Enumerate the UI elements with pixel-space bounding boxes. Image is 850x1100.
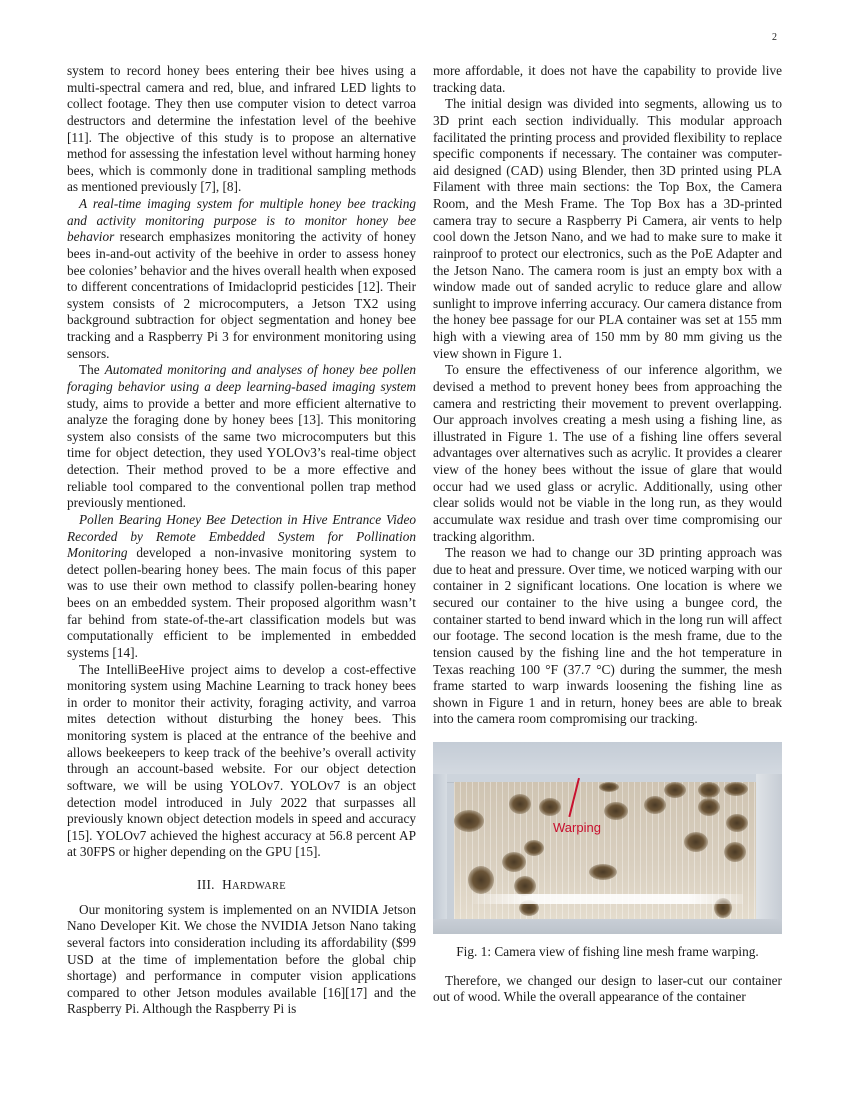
sunlight-glare [473, 894, 743, 904]
cited-work-title: Automated monitoring and analyses of hon… [67, 362, 416, 394]
figure-image: Warping [433, 742, 782, 934]
figure-1: Warping Fig. 1: Camera view of fishing l… [433, 742, 782, 961]
paragraph-lead: The [79, 362, 105, 377]
container-frame-top [433, 742, 782, 774]
bee [724, 782, 748, 796]
paragraph: system to record honey bees entering the… [67, 63, 416, 196]
bee [509, 794, 531, 814]
bee [604, 802, 628, 820]
bee [724, 842, 746, 862]
bee [664, 782, 686, 798]
paragraph: The initial design was divided into segm… [433, 96, 782, 362]
paragraph-body: research emphasizes monitoring the activ… [67, 229, 416, 360]
bee [514, 876, 536, 896]
bee [726, 814, 748, 832]
figure-caption: Fig. 1: Camera view of fishing line mesh… [433, 944, 782, 961]
paragraph: A real-time imaging system for multiple … [67, 196, 416, 362]
paragraph: To ensure the effectiveness of our infer… [433, 362, 782, 545]
paragraph: more affordable, it does not have the ca… [433, 63, 782, 96]
paragraph: The reason we had to change our 3D print… [433, 545, 782, 728]
bee [468, 866, 494, 894]
paragraph: The Automated monitoring and analyses of… [67, 362, 416, 512]
bee [589, 864, 617, 880]
left-column: system to record honey bees entering the… [67, 63, 416, 1018]
paragraph-body: developed a non-invasive monitoring syst… [67, 545, 416, 660]
section-title-rest: ARDWARE [232, 881, 286, 892]
section-numeral: III. [197, 877, 215, 892]
bee [539, 798, 561, 816]
container-frame-right [756, 774, 782, 919]
bee [524, 840, 544, 856]
section-title-initial: H [222, 877, 232, 892]
warping-annotation-label: Warping [553, 820, 601, 837]
section-heading: III. HARDWARE [67, 877, 416, 896]
paragraph: Our monitoring system is implemented on … [67, 902, 416, 1018]
paragraph: The IntelliBeeHive project aims to devel… [67, 662, 416, 862]
container-frame-bottom [433, 919, 782, 934]
paragraph: Pollen Bearing Honey Bee Detection in Hi… [67, 512, 416, 662]
bee [698, 782, 720, 798]
bee [454, 810, 484, 832]
bee [644, 796, 666, 814]
bee [698, 798, 720, 816]
page-number: 2 [772, 32, 777, 43]
bee [599, 782, 619, 792]
container-frame-left [433, 774, 447, 919]
bee [684, 832, 708, 852]
paragraph: Therefore, we changed our design to lase… [433, 973, 782, 1006]
paragraph-body: study, aims to provide a better and more… [67, 396, 416, 511]
bee [502, 852, 526, 872]
right-column: more affordable, it does not have the ca… [433, 63, 782, 1006]
